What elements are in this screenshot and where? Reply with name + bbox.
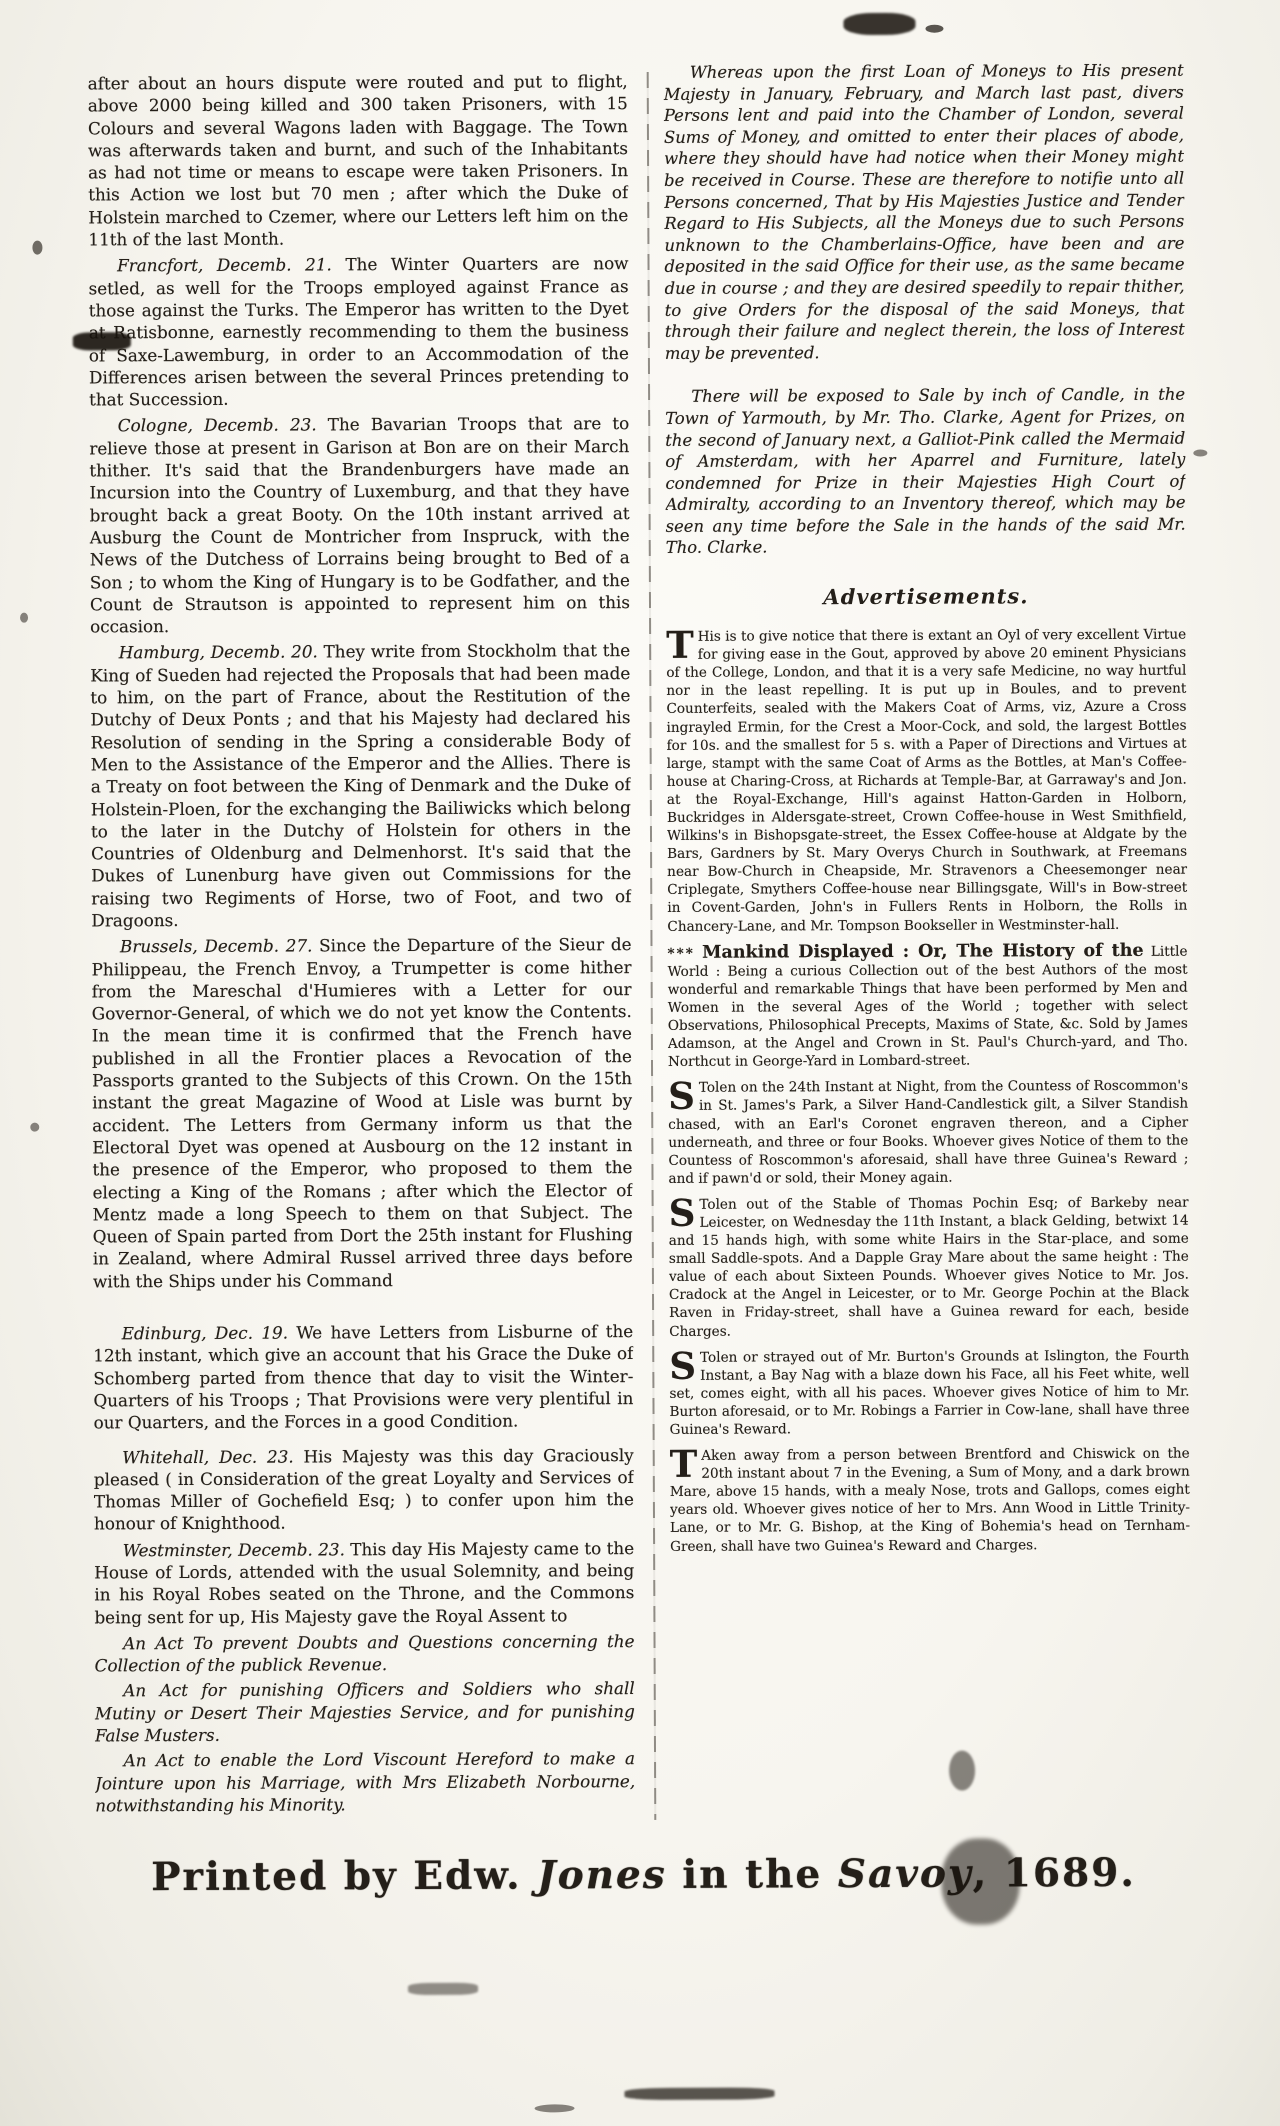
ink-smudge — [32, 241, 42, 255]
act-item-mutiny: An Act for punishing Officers and Soldie… — [95, 1678, 635, 1747]
news-paragraph-continuation: after about an hours dispute were routed… — [88, 70, 629, 251]
ink-smudge — [535, 2104, 575, 2112]
ad-text: His is to give notice that there is exta… — [666, 627, 1187, 935]
ink-smudge — [73, 332, 131, 350]
dateline: Hamburg, Decemb. 20. — [119, 642, 318, 663]
notice-sale-by-candle: There will be exposed to Sale by inch of… — [665, 384, 1186, 559]
dateline: Cologne, Decemb. 23. — [118, 415, 317, 436]
asterism-mark: *** — [667, 945, 694, 961]
ink-smudge — [843, 13, 915, 35]
ad-book-mankind-displayed: *** Mankind Displayed : Or, The History … — [667, 941, 1188, 1071]
act-text: An Act to enable the Lord Viscount Heref… — [95, 1748, 635, 1815]
act-text: An Act To prevent Doubts and Questions c… — [95, 1631, 635, 1676]
ad-oyl-for-gout: THis is to give notice that there is ext… — [666, 626, 1187, 936]
ink-smudge — [1193, 450, 1207, 457]
dateline: Brussels, Decemb. 27. — [120, 936, 312, 957]
printer-forename: Edw. — [413, 1853, 521, 1899]
dateline: Whitehall, Dec. 23. — [122, 1446, 294, 1467]
right-column: Whereas upon the first Loan of Moneys to… — [664, 60, 1192, 1822]
book-title-lead: Mankind Displayed : Or, The History of t… — [702, 940, 1144, 962]
paragraph-text: after about an hours dispute were routed… — [88, 71, 629, 249]
news-paragraph-brussels: Brussels, Decemb. 27. Since the Departur… — [91, 933, 633, 1292]
ink-smudge — [408, 1983, 478, 1995]
newspaper-page: after about an hours dispute were routed… — [0, 0, 1280, 2126]
drop-cap: S — [668, 1079, 699, 1111]
ad-stolen-bay-nag: STolen or strayed out of Mr. Burton's Gr… — [669, 1346, 1189, 1439]
imprint-prefix: Printed by — [151, 1853, 413, 1900]
ink-smudge — [20, 613, 28, 623]
imprint-line: Printed by Edw. Jones in the Savoy, 1689… — [3, 1849, 1280, 1901]
news-paragraph-cologne: Cologne, Decemb. 23. The Bavarian Troops… — [89, 412, 630, 637]
act-text: An Act for punishing Officers and Soldie… — [95, 1679, 635, 1746]
ad-stolen-candlestick: STolen on the 24th Instant at Night, fro… — [668, 1077, 1188, 1188]
ad-text: Little World : Being a curious Collectio… — [668, 943, 1188, 1070]
printer-surname: Jones — [537, 1852, 667, 1899]
ink-blot-footer — [941, 1838, 1019, 1924]
act-item-jointure: An Act to enable the Lord Viscount Heref… — [95, 1747, 635, 1816]
left-column: after about an hours dispute were routed… — [88, 70, 636, 1860]
news-paragraph-francfort: Francfort, Decemb. 21. The Winter Quarte… — [88, 252, 629, 410]
dateline: Westminster, Decemb. 23. — [123, 1539, 345, 1560]
dateline: Francfort, Decemb. 21. — [117, 255, 332, 276]
paragraph-text: The Winter Quarters are now setled, as w… — [89, 253, 629, 409]
ad-stolen-gelding: STolen out of the Stable of Thomas Pochi… — [669, 1193, 1190, 1340]
ad-text: Aken away from a person between Brentfor… — [670, 1446, 1190, 1555]
paragraph-text: The Bavarian Troops that are to relieve … — [89, 413, 630, 636]
ink-smudge — [949, 1751, 975, 1791]
drop-cap: T — [670, 1447, 702, 1479]
imprint-middle: in the — [667, 1851, 838, 1898]
notice-text: Whereas upon the first Loan of Moneys to… — [664, 61, 1185, 363]
ink-smudge — [925, 25, 943, 33]
page-content: after about an hours dispute were routed… — [0, 0, 1280, 2126]
ink-smudge — [624, 2087, 774, 2100]
ad-taken-mare: TAken away from a person between Brentfo… — [670, 1445, 1190, 1556]
ad-text: Tolen or strayed out of Mr. Burton's Gro… — [669, 1347, 1189, 1438]
notice-text: There will be exposed to Sale by inch of… — [665, 385, 1186, 557]
paragraph-text: Since the Departure of the Sieur de Phil… — [92, 934, 633, 1291]
news-paragraph-hamburg: Hamburg, Decemb. 20. They write from Sto… — [90, 639, 631, 931]
advertisements-header: Advertisements. — [666, 583, 1186, 610]
drop-cap: S — [669, 1196, 700, 1228]
drop-cap: S — [669, 1348, 700, 1380]
news-paragraph-westminster: Westminster, Decemb. 23. This day His Ma… — [94, 1537, 634, 1629]
notice-loan-of-moneys: Whereas upon the first Loan of Moneys to… — [664, 60, 1185, 365]
ink-smudge — [30, 1123, 39, 1132]
ad-text: Tolen on the 24th Instant at Night, from… — [668, 1078, 1188, 1187]
drop-cap: T — [666, 628, 698, 660]
news-paragraph-edinburg: Edinburg, Dec. 19. We have Letters from … — [93, 1320, 633, 1434]
news-paragraph-whitehall: Whitehall, Dec. 23. His Majesty was this… — [94, 1444, 634, 1536]
column-divider-rule — [647, 72, 657, 1820]
ad-text: Tolen out of the Stable of Thomas Pochin… — [669, 1194, 1189, 1339]
paragraph-text: They write from Stockholm that the King … — [90, 640, 631, 930]
act-item-revenue: An Act To prevent Doubts and Questions c… — [94, 1630, 634, 1677]
dateline: Edinburg, Dec. 19. — [122, 1323, 288, 1344]
